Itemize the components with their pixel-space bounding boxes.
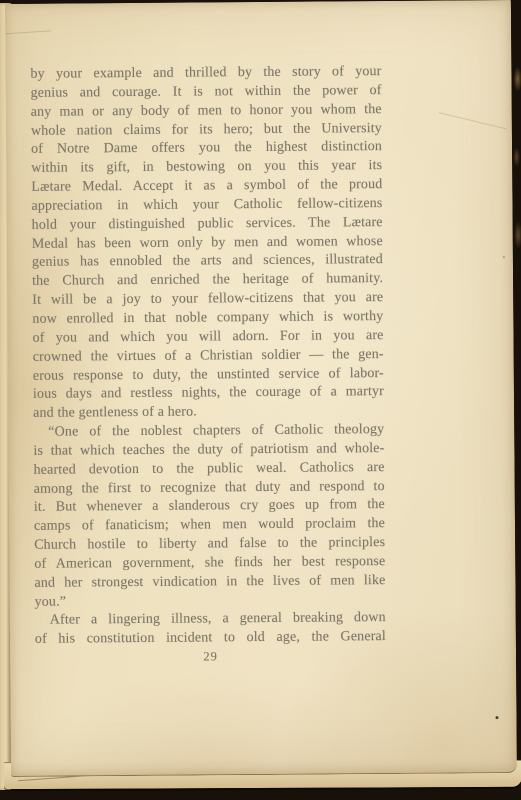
text-line: of his constitution incident to old age,… xyxy=(35,628,386,650)
paper-speck xyxy=(503,256,505,258)
paragraph: “One of the noblest chapters of Catholic… xyxy=(33,421,385,612)
text-line: appreciation in which your Catholic fell… xyxy=(31,195,382,217)
text-line: of you and which you will adorn. For in … xyxy=(32,327,383,349)
page-text: by your example and thrilled by the stor… xyxy=(30,63,386,650)
text-line: hearted devotion to the public weal. Cat… xyxy=(34,459,385,481)
text-line: is that which teaches the duty of patrio… xyxy=(33,440,384,462)
text-line: and her strongest vindication in the liv… xyxy=(34,572,385,594)
paragraph: by your example and thrilled by the stor… xyxy=(30,63,384,424)
text-line: now enrolled in that noble company which… xyxy=(32,308,383,330)
page-number: 29 xyxy=(35,648,386,666)
text-line: of American government, she finds her be… xyxy=(34,553,385,575)
text-line: ious days and restless nights, the coura… xyxy=(33,383,384,405)
text-line: by your example and thrilled by the stor… xyxy=(30,63,381,85)
text-line: hold your distinguished public services.… xyxy=(32,214,383,236)
text-line: genius and courage. It is not within the… xyxy=(31,82,382,104)
paper-speck xyxy=(496,716,499,719)
text-line: crowned the virtues of a Christian soldi… xyxy=(33,346,384,368)
book-page: by your example and thrilled by the stor… xyxy=(5,0,517,777)
text-line: any man or any body of men to honor you … xyxy=(31,101,382,123)
paragraph: After a lingering illness, a general bre… xyxy=(35,609,386,649)
page-stack: by your example and thrilled by the stor… xyxy=(3,0,518,796)
paper-crease xyxy=(439,112,507,129)
paper-crease xyxy=(5,30,51,34)
scanned-book-photo: by your example and thrilled by the stor… xyxy=(0,0,521,800)
text-line: “One of the noblest chapters of Catholic… xyxy=(33,421,384,443)
